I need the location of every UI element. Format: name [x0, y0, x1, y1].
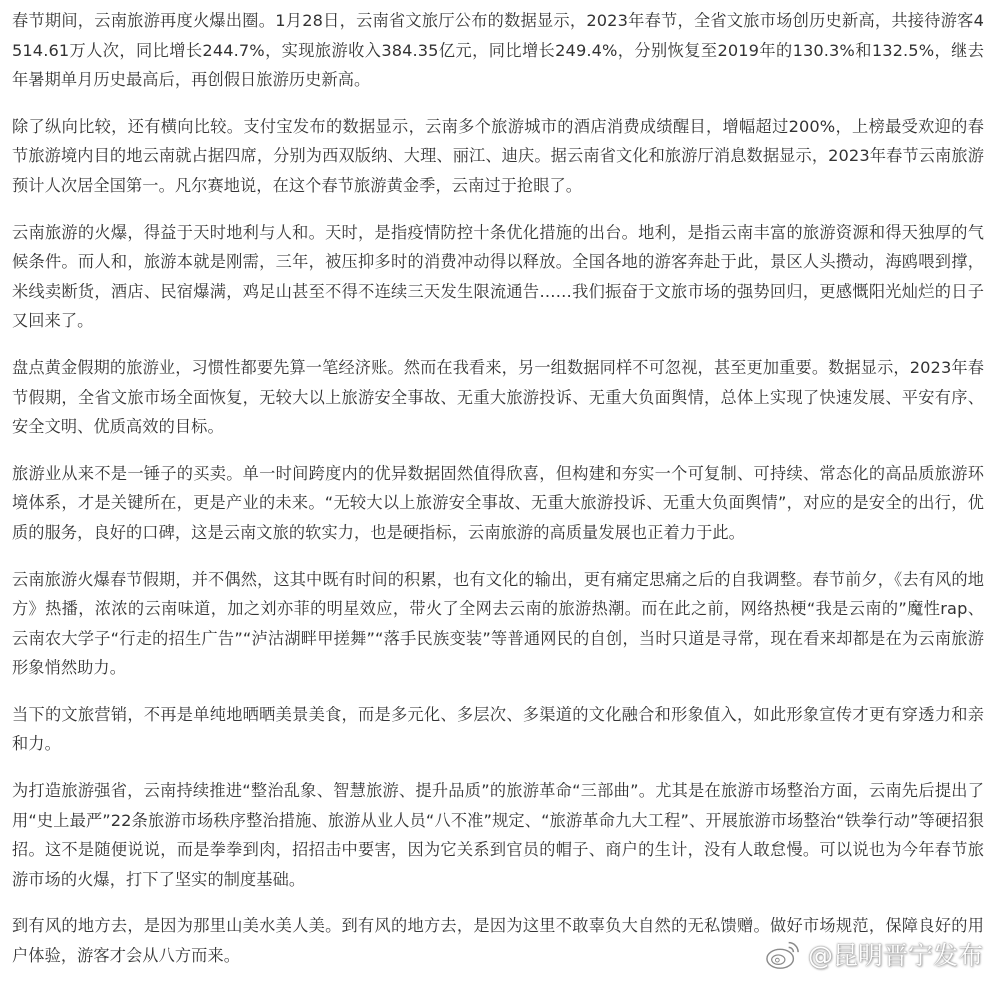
- weibo-logo-icon: [764, 937, 802, 971]
- paragraph-8: 为打造旅游强省，云南持续推进“整治乱象、智慧旅游、提升品质”的旅游革命“三部曲”…: [12, 776, 984, 894]
- weibo-watermark: @昆明晋宁发布: [764, 936, 983, 972]
- article-body: 春节期间，云南旅游再度火爆出圈。1月28日，云南省文旅厅公布的数据显示，2023…: [12, 6, 984, 981]
- paragraph-5: 旅游业从来不是一锤子的买卖。单一时间跨度内的优异数据固然值得欣喜，但构建和夯实一…: [12, 459, 984, 548]
- watermark-handle: @昆明晋宁发布: [808, 936, 983, 972]
- paragraph-1: 春节期间，云南旅游再度火爆出圈。1月28日，云南省文旅厅公布的数据显示，2023…: [12, 6, 984, 95]
- paragraph-4: 盘点黄金假期的旅游业，习惯性都要先算一笔经济账。然而在我看来，另一组数据同样不可…: [12, 353, 984, 442]
- paragraph-3: 云南旅游的火爆，得益于天时地利与人和。天时，是指疫情防控十条优化措施的出台。地利…: [12, 218, 984, 336]
- paragraph-2: 除了纵向比较，还有横向比较。支付宝发布的数据显示，云南多个旅游城市的酒店消费成绩…: [12, 112, 984, 201]
- paragraph-7: 当下的文旅营销，不再是单纯地晒晒美景美食，而是多元化、多层次、多渠道的文化融合和…: [12, 700, 984, 759]
- paragraph-6: 云南旅游火爆春节假期，并不偶然，这其中既有时间的积累，也有文化的输出，更有痛定思…: [12, 565, 984, 683]
